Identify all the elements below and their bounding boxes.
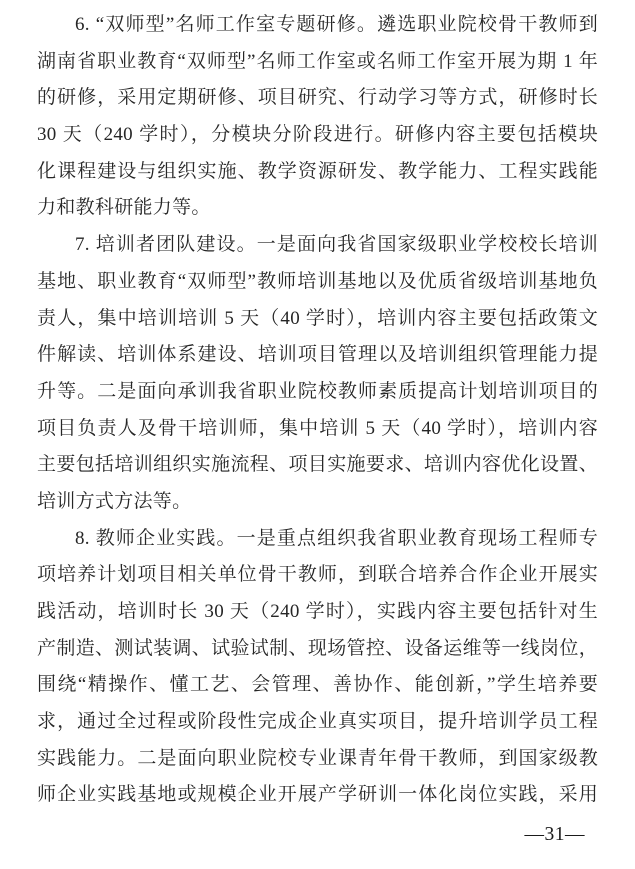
text-line: 30 天（240 学时），分模块分阶段进行。研修内容主要包括模块 (37, 117, 598, 154)
text-line: 的研修，采用定期研修、项目研究、行动学习等方式，研修时长 (37, 80, 598, 117)
text-line: 项培养计划项目相关单位骨干教师，到联合培养合作企业开展实 (37, 557, 598, 594)
text-line: 践活动，培训时长 30 天（240 学时），实践内容主要包括针对生 (37, 594, 598, 631)
text-line: 6. “双师型”名师工作室专题研修。遴选职业院校骨干教师到 (37, 7, 598, 44)
text-line: 项目负责人及骨干培训师，集中培训 5 天（40 学时），培训内容 (37, 411, 598, 448)
text-line: 产制造、测试装调、试验试制、现场管控、设备运维等一线岗位， (37, 631, 598, 668)
page-number: —31— (525, 823, 586, 847)
text-line: 责人，集中培训培训 5 天（40 学时），培训内容主要包括政策文 (37, 301, 598, 338)
document-text-block: 6. “双师型”名师工作室专题研修。遴选职业院校骨干教师到 湖南省职业教育“双师… (37, 7, 598, 814)
text-line: 件解读、培训体系建设、培训项目管理以及培训组织管理能力提 (37, 337, 598, 374)
text-line: 8. 教师企业实践。一是重点组织我省职业教育现场工程师专 (37, 521, 598, 558)
text-line: 师企业实践基地或规模企业开展产学研训一体化岗位实践，采用 (37, 777, 598, 814)
text-line: 湖南省职业教育“双师型”名师工作室或名师工作室开展为期 1 年 (37, 44, 598, 81)
text-line: 培训方式方法等。 (37, 484, 598, 521)
text-line: 基地、职业教育“双师型”教师培训基地以及优质省级培训基地负 (37, 264, 598, 301)
text-line: 力和教科研能力等。 (37, 190, 598, 227)
text-line: 升等。二是面向承训我省职业院校教师素质提高计划培训项目的 (37, 374, 598, 411)
text-line: 主要包括培训组织实施流程、项目实施要求、培训内容优化设置、 (37, 447, 598, 484)
text-line: 实践能力。二是面向职业院校专业课青年骨干教师，到国家级教 (37, 741, 598, 778)
text-line: 7. 培训者团队建设。一是面向我省国家级职业学校校长培训 (37, 227, 598, 264)
text-line: 围绕“精操作、懂工艺、会管理、善协作、能创新，”学生培养要 (37, 667, 598, 704)
document-page: 6. “双师型”名师工作室专题研修。遴选职业院校骨干教师到 湖南省职业教育“双师… (0, 0, 635, 869)
text-line: 化课程建设与组织实施、教学资源研发、教学能力、工程实践能 (37, 154, 598, 191)
text-line: 求，通过全过程或阶段性完成企业真实项目，提升培训学员工程 (37, 704, 598, 741)
